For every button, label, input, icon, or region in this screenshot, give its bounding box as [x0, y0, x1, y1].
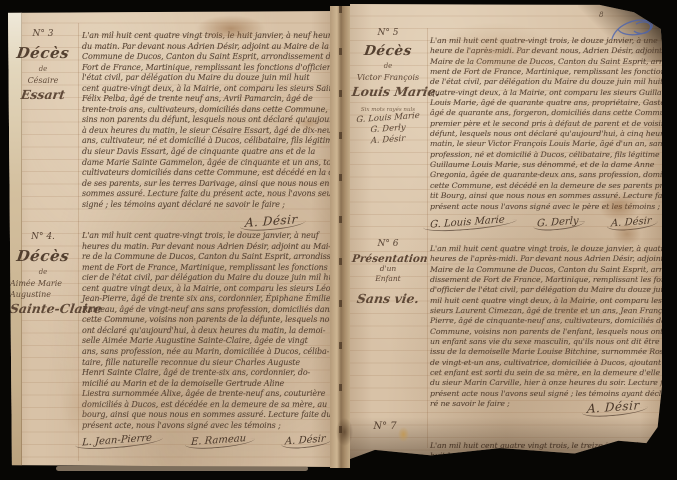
record-subject-name: CésaireEssart: [10, 75, 76, 103]
record-subject-name-line: Essart: [9, 86, 77, 103]
body-line: trente-trois ans, cultivateurs, domicili…: [82, 105, 332, 116]
body-line: heure de l'après-midi. Par devant nous, …: [430, 46, 658, 56]
record-subject-name-line: Victor François: [352, 72, 424, 83]
witness-signature: L. Jean-Pierre: [82, 433, 152, 449]
body-line: du matin. Par devant nous Adrien Désir, …: [82, 42, 332, 53]
body-line: Commune de Ducos, Canton du Saint Esprit…: [82, 52, 332, 63]
body-line: L'an mil huit cent quatre-vingt trois, l…: [430, 36, 658, 46]
record-preposition: de: [10, 65, 76, 73]
corner-page-mark: 8: [599, 11, 603, 19]
signature-row-n6: A. Désir: [500, 396, 640, 415]
archival-scan: N° 3 Décès de CésaireEssart L'an mil hui…: [0, 0, 677, 480]
signature-row-n5: G. Louis MarieG. DerlyA. Désir: [430, 217, 652, 228]
body-line: tit Bourg, ainsi que nous nous en sommes…: [430, 191, 658, 201]
body-line: sieurs Laurent Cimezan, âgé de trente et…: [430, 306, 658, 316]
body-line: signé ; les témoins ayant déclaré ne sav…: [82, 200, 332, 211]
body-line: re de la Commune de Ducos, Canton du Sai…: [82, 252, 332, 263]
body-line: bourg, ainsi que nous nous en sommes ass…: [82, 410, 332, 421]
record-body-n5: L'an mil huit cent quatre-vingt trois, l…: [430, 36, 658, 212]
body-line: Fort de France, Martinique, remplissant …: [82, 63, 332, 74]
body-line: L'an mil huit cent quatre-vingt trois, l…: [82, 231, 332, 242]
witness-signature: G. Louis Marie: [430, 214, 505, 230]
record-title: Décès: [351, 43, 425, 59]
body-line: L'an mil huit cent quatre vingt trois, l…: [82, 31, 332, 42]
body-line: Commune, voisins non parents de l'enfant…: [430, 327, 658, 337]
record-body-n3: L'an mil huit cent quatre vingt trois, l…: [82, 31, 332, 210]
body-line: huit heures du matin. Par devant nous, A…: [430, 451, 658, 459]
body-line: Gregonia, âgée de quarante-deux ans, san…: [430, 170, 658, 180]
body-line: cette Commune, est décédé en la demeure …: [430, 181, 658, 191]
body-line: ment de Fort de France, Martinique, remp…: [82, 263, 332, 274]
body-line: domiciliés à Ducos, est décédée en la de…: [82, 400, 332, 411]
body-line: ans, cultivateur, né et domicilié à Duco…: [82, 136, 332, 147]
body-line: un enfant sans vie du sexe masculin, qu'…: [430, 337, 658, 347]
body-line: quatre-vingt deux, à la Mairie, ont comp…: [430, 88, 658, 98]
body-line: Félix Pelba, âgé de trente neuf ans, Avr…: [82, 94, 332, 105]
body-line: l'état civil, par délégation du Maire du…: [82, 73, 332, 84]
record-number: N° 6: [352, 239, 424, 249]
record-title: Décès: [9, 247, 78, 265]
record-number: N° 5: [352, 28, 424, 38]
register-left-page: N° 3 Décès de CésaireEssart L'an mil hui…: [8, 11, 336, 467]
body-line: ont déclaré qu'aujourd'hui, à deux heure…: [82, 326, 332, 337]
record-margin-n7: N° 7: [360, 421, 410, 437]
body-line: issu de la demoiselle Marie Louise Bitch…: [430, 347, 658, 357]
body-line: présent acte, nous l'avons signé avec le…: [82, 421, 332, 432]
body-line: dame Marie Sainte Gammelon, âgée de cinq…: [82, 158, 332, 169]
body-line: Rameau, âgé de vingt-neuf ans sans profe…: [82, 305, 332, 316]
body-line: Jean-Pierre, âgé de trente six ans, cord…: [82, 294, 332, 305]
record-subject-name-line: Augustine: [10, 289, 76, 300]
body-line: premier père et le second pris à défaut …: [430, 119, 658, 129]
record-body-n4: L'an mil huit cent quatre-vingt trois, l…: [82, 231, 332, 431]
body-line: profession, né et domicilié à Ducos, cél…: [430, 150, 658, 160]
body-line: sommes assuré. Lecture faite du présent …: [82, 189, 332, 200]
body-line: mil huit cent quatre vingt deux, à la Ma…: [430, 296, 658, 306]
witness-signature: G. Derly: [537, 216, 579, 230]
body-line: Liestra surnommée Alixe, âgée de trente-…: [82, 389, 332, 400]
body-line: cier de l'état civil, par délégation du …: [82, 273, 332, 284]
body-line: du sieur Marin Carville, hier à onze heu…: [430, 378, 658, 388]
record-title-line: Présentation: [351, 254, 424, 264]
body-line: heures du matin. Par devant nous Adrien …: [82, 242, 332, 253]
officiant-signature: A. Désir: [587, 398, 640, 416]
witness-signature: A. Désir: [285, 434, 326, 448]
record-body-n7: L'an mil huit cent quatre vingt trois, l…: [430, 441, 658, 459]
body-line: L'an mil huit cent quatre vingt trois, l…: [430, 441, 658, 451]
witness-signature: A. Désir: [611, 216, 652, 230]
record-subject-name-line: Louis Marie.: [351, 83, 425, 100]
binding-gutter: [330, 6, 350, 468]
body-line: sins non parents du défunt, lesquels nou…: [82, 115, 332, 126]
body-line: taire, fille naturelle reconnue du sieur…: [82, 358, 332, 369]
body-line: Henri Sainte Claire, âgé de trente-six a…: [82, 368, 332, 379]
body-line: de ses parents, sur les terres Darivage,…: [82, 179, 332, 190]
record-preposition: de: [10, 268, 76, 276]
record-preposition: de: [352, 62, 424, 70]
body-line: Pierre, âgé de cinquante-neuf ans, culti…: [430, 316, 658, 326]
witness-signature: E. Rameau: [191, 433, 247, 448]
record-subject-name: Sans vie.: [352, 290, 424, 307]
record-number: N° 7: [360, 421, 410, 432]
margin-signatures: G. Louis MarieG. DerlyA. Désir: [352, 113, 424, 146]
body-line: dissement de Fort de France, Martinique,…: [430, 275, 658, 285]
record-subject-name-line: Aimée Marie: [10, 278, 76, 289]
body-line: de l'état civil, par délégation du Maire…: [430, 77, 658, 87]
record-title-line: d'un: [352, 264, 424, 274]
record-margin-n4: N° 4. Décès de Aimée MarieAugustineSaint…: [10, 232, 76, 317]
officiant-signature: A. Désir: [245, 212, 298, 230]
body-line: Guillaume Louis Marie, sus dénommé, et d…: [430, 160, 658, 170]
body-line: cet enfant est sorti du sein de sa mère,…: [430, 368, 658, 378]
register-right-page: 8 N° 5 Décès de Victor FrançoisLouis Mar…: [350, 4, 662, 459]
body-line: selle Aimée Marie Augustine Sainte-Clair…: [82, 336, 332, 347]
record-title-line: Enfant: [352, 274, 424, 284]
body-line: matin, le sieur Victor François Louis Ma…: [430, 139, 658, 149]
body-line: L'an mil huit cent quatre vingt trois, l…: [430, 244, 658, 254]
body-line: ans, sans profession, née au Marin, domi…: [82, 347, 332, 358]
record-title: Décès: [9, 44, 78, 62]
body-line: ment de Fort de France, Martinique, remp…: [430, 67, 658, 77]
body-line: Maire de la Commune de Ducos, Canton du …: [430, 265, 658, 275]
under-page-edge: [56, 466, 308, 471]
body-line: micilié au Marin et de la demoiselle Ger…: [82, 379, 332, 390]
signature-row-n4: L. Jean-PierreE. RameauA. Désir: [82, 435, 326, 446]
record-margin-n6: N° 6 Présentationd'unEnfant Sans vie.: [352, 239, 424, 307]
body-line: à deux heures du matin, le sieur Césaire…: [82, 126, 332, 137]
body-line: cent quatre vingt deux, à la Mairie, ont…: [82, 284, 332, 295]
record-subject-name: Victor FrançoisLouis Marie.: [352, 72, 424, 100]
record-title: Présentationd'unEnfant: [352, 254, 424, 284]
record-subject-name-line: Césaire: [10, 75, 76, 86]
signature-row-n3: A. Désir: [138, 210, 298, 229]
body-line: de vingt-et-un ans, cultivatrice, domici…: [430, 358, 658, 368]
margin-rule: [78, 23, 79, 461]
body-line: heures de l'après-midi. Par devant nous …: [430, 254, 658, 264]
body-line: d'officier de l'état civil, par délégati…: [430, 285, 658, 295]
body-line: âgé de quarante ans, forgeron, domicilié…: [430, 108, 658, 118]
record-number: N° 3: [10, 29, 76, 39]
body-line: Maire de la Commune de Ducos, Canton du …: [430, 57, 658, 67]
record-number: N° 4.: [10, 232, 76, 242]
body-line: cultivateurs domiciliés dans cette Commu…: [82, 168, 332, 179]
record-margin-n3: N° 3 Décès de CésaireEssart: [10, 29, 76, 103]
record-body-n6: L'an mil huit cent quatre vingt trois, l…: [430, 244, 658, 410]
body-line: Louis Marie, âgé de quarante quatre ans,…: [430, 98, 658, 108]
binding-stitches: [339, 6, 342, 468]
body-line: du sieur Davis Essart, âgé de cinquante …: [82, 147, 332, 158]
body-line: cette Commune, voisins non parents de la…: [82, 315, 332, 326]
record-margin-n5: N° 5 Décès de Victor FrançoisLouis Marie…: [352, 28, 424, 146]
record-subject-name-line: Sainte-Claire: [9, 300, 77, 317]
record-subject-name: Aimée MarieAugustineSainte-Claire: [10, 278, 76, 317]
body-line: présent acte nous l'avons signé avec le …: [430, 202, 658, 212]
body-line: cent quatre-vingt deux, à la Mairie, ont…: [82, 84, 332, 95]
record-subject-name-line: Sans vie.: [351, 290, 425, 307]
body-line: défunt, lesquels nous ont déclaré qu'auj…: [430, 129, 658, 139]
